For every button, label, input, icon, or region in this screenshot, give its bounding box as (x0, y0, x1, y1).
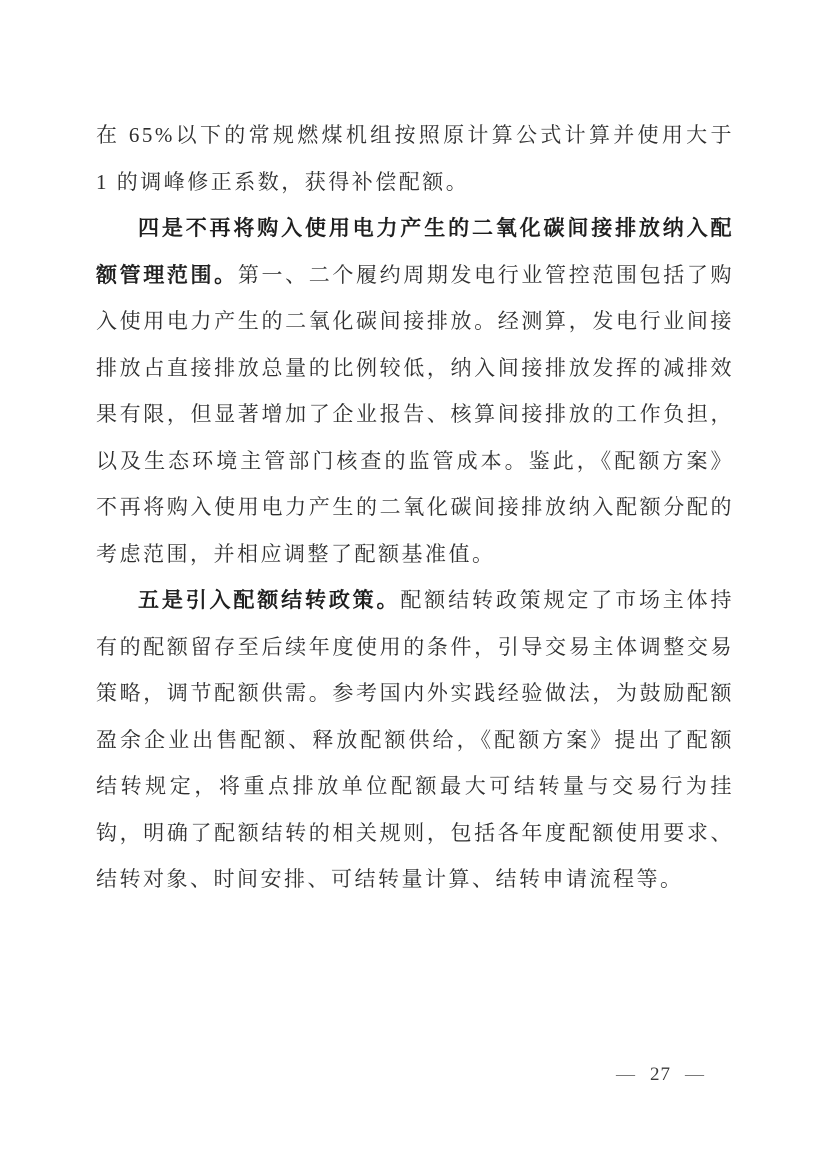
paragraph: 五是引入配额结转政策。配额结转政策规定了市场主体持有的配额留存至后续年度使用的条… (96, 577, 734, 903)
footer-dash-left: — (602, 1064, 650, 1085)
paragraph-text: 第一、二个履约周期发电行业管控范围包括了购入使用电力产生的二氧化碳间接排放。经测… (96, 263, 734, 566)
paragraph: 四是不再将购入使用电力产生的二氧化碳间接排放纳入配额管理范围。第一、二个履约周期… (96, 205, 734, 577)
footer-dash-right: — (671, 1064, 719, 1085)
paragraph-text: 在 65%以下的常规燃煤机组按照原计算公式计算并使用大于 1 的调峰修正系数，获… (96, 123, 734, 194)
document-page: 在 65%以下的常规燃煤机组按照原计算公式计算并使用大于 1 的调峰修正系数，获… (0, 0, 827, 1169)
page-footer: —27— (602, 1064, 719, 1086)
paragraph-text: 配额结转政策规定了市场主体持有的配额留存至后续年度使用的条件，引导交易主体调整交… (96, 588, 734, 891)
document-body: 在 65%以下的常规燃煤机组按照原计算公式计算并使用大于 1 的调峰修正系数，获… (96, 112, 734, 903)
paragraph-lead: 五是引入配额结转政策。 (138, 588, 400, 612)
paragraph: 在 65%以下的常规燃煤机组按照原计算公式计算并使用大于 1 的调峰修正系数，获… (96, 112, 734, 205)
page-number: 27 (650, 1064, 671, 1085)
